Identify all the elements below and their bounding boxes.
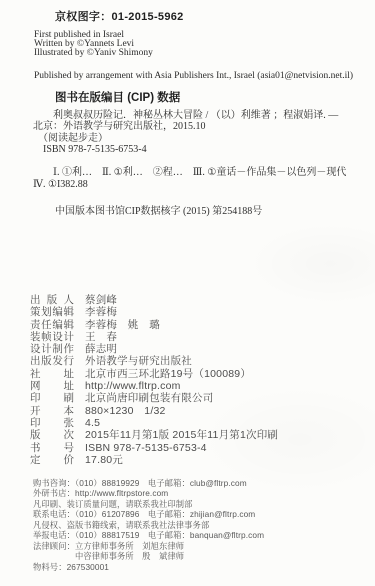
cip-record-line: 利奥叔叔历险记．神秘丛林大冒险 / （以）利维著 ；程淑娟译. — <box>33 110 338 121</box>
imprint-value: 880×1230 1/32 <box>85 405 166 417</box>
imprint-row: 社址北京市西三环北路19号（100089） <box>30 368 278 380</box>
imprint-label: 定价 <box>30 454 74 466</box>
imprint-row: 印张4.5 <box>30 417 278 429</box>
imprint-row: 出版发行外语教学与研究出版社 <box>30 355 278 367</box>
imprint-value: 2015年11月第1版 2015年11月第1次印刷 <box>85 429 278 441</box>
imprint-value: 李蓉梅 <box>85 306 117 318</box>
imprint-row: 出版人蔡剑峰 <box>30 294 278 306</box>
imprint-value: 北京市西三环北路19号（100089） <box>85 368 251 380</box>
imprint-label: 印刷 <box>30 392 74 404</box>
imprint-label: 设计制作 <box>30 343 74 355</box>
contact-line: 凡印刷、装订质量问题，请联系我社印制部 <box>33 499 264 509</box>
cip-heading: 图书在版编目 (CIP) 数据 <box>55 89 180 105</box>
imprint-row: 版次2015年11月第1版 2015年11月第1次印刷 <box>30 429 278 441</box>
imprint-row: 策划编辑李蓉梅 <box>30 306 278 318</box>
imprint-value: 17.80元 <box>85 454 123 466</box>
contact-notes-block: 购书咨询：（010）88819929 电子邮箱：club@fltrp.com 外… <box>33 478 264 572</box>
cip-classification-block: Ⅰ. ①利… Ⅱ. ①利… ②程… Ⅲ. ①童话－作品集－以色列－现代 Ⅳ. ①… <box>33 167 346 190</box>
cip-record-number: 中国版本图书馆CIP数据核字 (2015) 第254188号 <box>55 202 262 217</box>
imprint-label: 装帧设计 <box>30 331 74 343</box>
imprint-label: 印张 <box>30 417 74 429</box>
contact-line: 中咨律师事务所 殷 斌律师 <box>33 551 264 561</box>
imprint-label: 责任编辑 <box>30 319 74 331</box>
imprint-label: 书号 <box>30 442 74 454</box>
imprint-value: 4.5 <box>85 417 100 429</box>
imprint-label: 社址 <box>30 368 74 380</box>
contact-line: 法律顾问：立方律师事务所 刘旭东律师 <box>33 541 264 551</box>
contact-line: 联系电话：（010）61207896 电子邮箱：zhijian@fltrp.co… <box>33 509 264 519</box>
imprint-value: ISBN 978-7-5135-6753-4 <box>85 442 207 454</box>
imprint-value: http://www.fltrp.com <box>85 380 181 392</box>
cip-record-line: ISBN 978-7-5135-6753-4 <box>33 144 338 155</box>
imprint-label: 出版人 <box>30 294 74 306</box>
imprint-row: 责任编辑李蓉梅 姚 璐 <box>30 319 278 331</box>
imprint-value: 李蓉梅 姚 璐 <box>85 319 160 331</box>
imprint-row: 定价17.80元 <box>30 454 278 466</box>
contact-line: 凡侵权、盗版书籍线索，请联系我社法律事务部 <box>33 520 264 530</box>
imprint-row: 设计制作薛志明 <box>30 343 278 355</box>
origin-line: Illustrated by ©Yaniv Shimony <box>34 49 153 58</box>
imprint-row: 印刷北京尚唐印刷包装有限公司 <box>30 392 278 404</box>
imprint-row: 网址http://www.fltrp.com <box>30 380 278 392</box>
license-registration-number: 京权图字：01-2015-5962 <box>55 8 184 24</box>
cip-classification-line: Ⅰ. ①利… Ⅱ. ①利… ②程… Ⅲ. ①童话－作品集－以色列－现代 <box>33 167 346 179</box>
imprint-label: 策划编辑 <box>30 306 74 318</box>
imprint-value: 蔡剑峰 <box>85 294 117 306</box>
imprint-row: 装帧设计王 春 <box>30 331 278 343</box>
cip-classification-line: Ⅳ. ①I382.88 <box>33 179 346 191</box>
imprint-value: 王 春 <box>85 331 117 343</box>
arrangement-note: Published by arrangement with Asia Publi… <box>34 71 353 81</box>
imprint-row: 书号ISBN 978-7-5135-6753-4 <box>30 442 278 454</box>
cip-record-line: （阅读起步走） <box>33 133 338 144</box>
contact-line: 举报电话：（010）88817519 电子邮箱：banquan@fltrp.co… <box>33 530 264 540</box>
cip-record-block: 利奥叔叔历险记．神秘丛林大冒险 / （以）利维著 ；程淑娟译. — 北京：外语教… <box>33 110 338 156</box>
imprint-block: 出版人蔡剑峰 策划编辑李蓉梅 责任编辑李蓉梅 姚 璐 装帧设计王 春 设计制作薛… <box>30 294 278 466</box>
copyright-page: 京权图字：01-2015-5962 First published in Isr… <box>0 0 375 586</box>
contact-line: 物料号：267530001 <box>33 562 264 572</box>
imprint-row: 开本880×1230 1/32 <box>30 405 278 417</box>
cip-record-line: 北京：外语教学与研究出版社，2015.10 <box>33 121 338 132</box>
imprint-label: 出版发行 <box>30 355 74 367</box>
contact-line: 购书咨询：（010）88819929 电子邮箱：club@fltrp.com <box>33 478 264 488</box>
imprint-label: 开本 <box>30 405 74 417</box>
contact-line: 外研书店：http://www.fltrpstore.com <box>33 488 264 498</box>
imprint-value: 薛志明 <box>85 343 117 355</box>
origin-credits-block: First published in Israel Written by ©Ya… <box>34 31 153 58</box>
imprint-label: 版次 <box>30 429 74 441</box>
imprint-value: 外语教学与研究出版社 <box>85 355 192 367</box>
imprint-label: 网址 <box>30 380 74 392</box>
imprint-value: 北京尚唐印刷包装有限公司 <box>85 392 213 404</box>
